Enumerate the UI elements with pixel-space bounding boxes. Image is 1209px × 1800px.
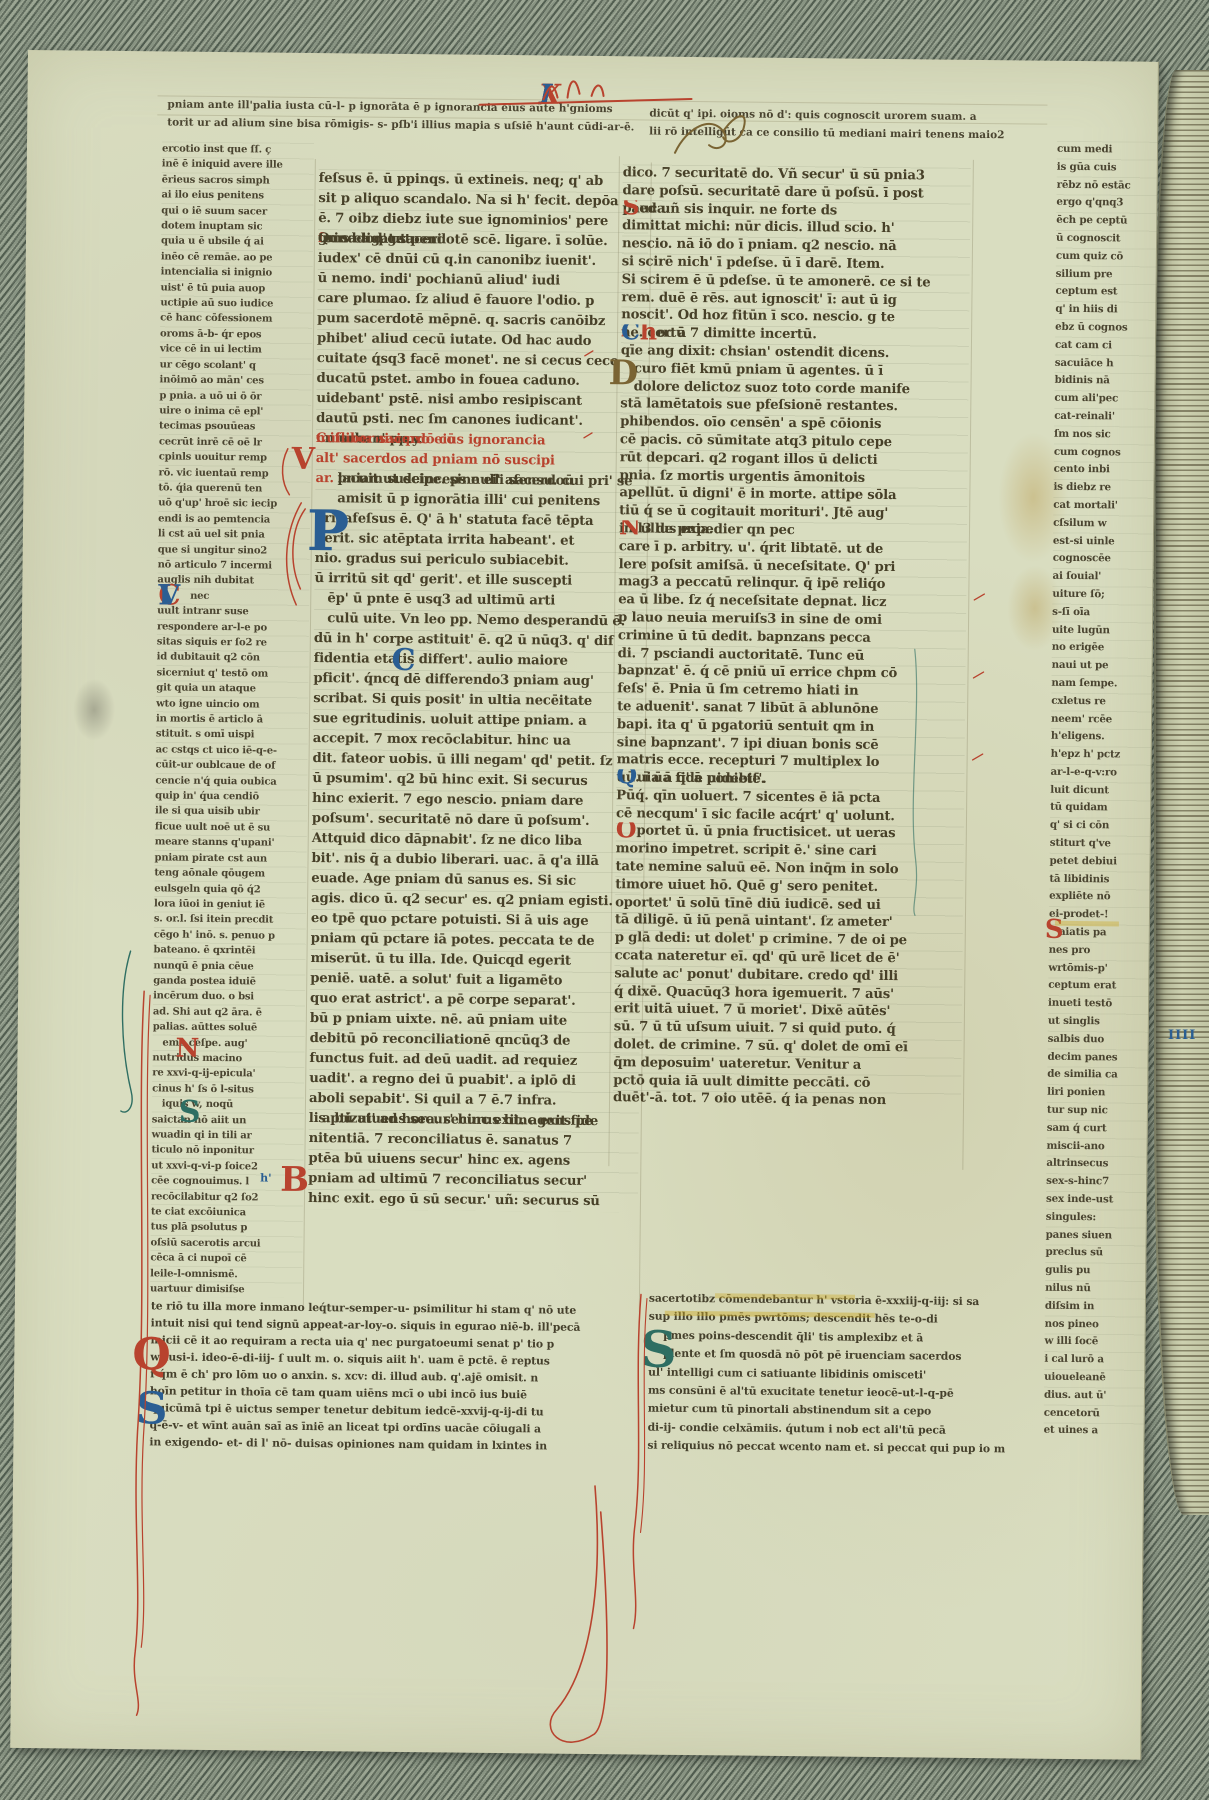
text-line: tus plā psolutus p [151, 1220, 303, 1237]
text-line: silium pre [1056, 265, 1168, 284]
text-line: uire o inima cē epl' [159, 403, 311, 420]
text-line: eulsgeln quia qō q́2 [154, 881, 306, 898]
margin-note-blue: h' [260, 1172, 271, 1183]
text-line: oroms ā-b- q́r epos [160, 326, 312, 343]
text-line: ei-prodet-! [1049, 906, 1161, 925]
text-line: de similia ca [1047, 1066, 1159, 1085]
text-line: nes pro [1049, 942, 1161, 961]
initial-c-blue: C [391, 646, 415, 676]
text-line: hinc exit. ego ū sū secur.' uñ: securus … [308, 1189, 638, 1212]
text-line: ergo q'qnq3 [1056, 194, 1168, 213]
manuscript-page: XXIII pniam ante ill'palia iusta cū-l- p… [10, 50, 1159, 1760]
text-line: cum medi [1057, 141, 1169, 160]
text-line: cencetorū [1044, 1404, 1156, 1423]
text-line: nam ſempe. [1051, 675, 1163, 694]
left-gloss-column: ercotio inst que ſſ. çinē ē iniquid aver… [150, 141, 314, 1298]
text-line: sicerniut q' testō om [156, 665, 308, 682]
text-line: ſm nos sic [1054, 426, 1166, 445]
text-line: cpinls uouitur remp [159, 450, 311, 467]
text-line: tō. q́ia querenū ten [158, 480, 310, 497]
text-line: wrtōmis-p' [1048, 959, 1160, 978]
right-gloss-column: cum mediis gūa cuisrēbz nō estācergo q'q… [1044, 141, 1170, 1441]
text-line: h'eligens. [1051, 728, 1163, 747]
stain-left-edge [73, 679, 116, 741]
text-line: teng aōnale qōugem [154, 865, 306, 882]
text-line: uctipie aū suo iudice [160, 295, 312, 312]
text-line: decim panes [1047, 1048, 1159, 1067]
text-line: rō. vic iuentaū remp [159, 465, 311, 482]
text-line: uartuur dimisiſse [150, 1281, 302, 1298]
text-line: nilus nū [1045, 1280, 1157, 1299]
text-line: cencie n'q́ quia oubica [155, 773, 307, 790]
text-line: cſsilum w [1053, 514, 1165, 533]
text-line: duēt'-ā. tot. 7 oio utēē. q́ ia penas no… [613, 1090, 961, 1111]
text-line: git quia un ataque [156, 681, 308, 698]
text-line: dius. aut ū' [1044, 1386, 1156, 1405]
initial-p-blue: P [307, 503, 350, 559]
text-line: li cst aū uel sit pnia [158, 527, 310, 544]
text-line: petet debiui [1049, 853, 1161, 872]
text-line: is gūa cuis [1057, 159, 1169, 178]
text-line: rēbz nō estāc [1057, 176, 1169, 195]
text-line: id dubitauit q2 cōn [157, 650, 309, 667]
text-line: incērum duo. o bsi [153, 989, 305, 1006]
text-line: leile-l-omnismē. [150, 1266, 302, 1283]
text-line: uū. ī ūa fide uidebit'. Quia ā q' ā poni… [616, 769, 964, 790]
text-line: ticulo nō inponitur [151, 1143, 303, 1160]
text-line: ganda postea iduiē [153, 973, 305, 990]
text-line: quia u ē ubsile q́ ai [161, 234, 313, 251]
text-line: dotem inuptam sic [161, 218, 313, 235]
text-line: ai ſouial' [1052, 568, 1164, 587]
text-line: h'epz h' pctz [1051, 746, 1163, 765]
text-line: wto igne uincio om [156, 696, 308, 713]
text-line: si reliquius nō peccat wcento nam et. si… [647, 1437, 1057, 1460]
text-line: tū quidam [1050, 799, 1162, 818]
text-line: inē ē iniquid avere ille [162, 157, 314, 174]
text-line: cum quiz cō [1056, 248, 1168, 267]
text-line: iquis w, noqū [152, 1097, 304, 1114]
gloss-initial-n-red: N [175, 1036, 199, 1062]
text-line: liri ponien [1047, 1084, 1159, 1103]
header-line-2-right: lii rō intelligūt ca ce consilio tū medi… [649, 126, 1004, 142]
text-line: Oportet ū. ū pnia fructisicet. ut ueras [616, 823, 964, 844]
text-line: in l3 de pnia. Nullus expedier qn pec [619, 520, 967, 541]
text-line: ēch pe ceptū [1056, 212, 1168, 231]
text-line: ile si qua uisib ubir [155, 804, 307, 821]
text-line: endi is ao pemtencia [158, 511, 310, 528]
text-line: pauca. Sed uñ sis inquir. ne forte ds [622, 200, 970, 221]
bottom-initial-s-blue: S [136, 1387, 168, 1431]
text-line: ur cēgo scolant' q [160, 357, 312, 374]
text-line: q' si ci cōn [1050, 817, 1162, 836]
text-line: cecrūt inrē cē oē lr [159, 434, 311, 451]
text-line: stituit. s omī uispi [156, 727, 308, 744]
text-line: i cal lurō a [1044, 1351, 1156, 1370]
text-line: intencialia si inignio [161, 265, 313, 282]
text-line: q' in hiis di [1055, 301, 1167, 320]
text-line: ac cstqs ct uico iē-q-e- [156, 742, 308, 759]
text-line: tur sup nic [1047, 1102, 1159, 1121]
text-line: nos pineo [1045, 1315, 1157, 1334]
text-line: que si ungitur sino2 [158, 542, 310, 559]
text-line: sex inde-ust [1046, 1191, 1158, 1210]
text-line: uō q'up' hroē sic iecip [158, 496, 310, 513]
text-line: uiture ſō; [1052, 586, 1164, 605]
text-line: is diebz re [1053, 479, 1165, 498]
text-line: w illi ſocē [1044, 1333, 1156, 1352]
text-line: ērieus sacros simph [162, 172, 314, 189]
text-line: re xxvi-q-ij-epicula' [152, 1066, 304, 1083]
text-line: ū cognoscit [1056, 230, 1168, 249]
text-line: bateano. ē qxrintēi [153, 942, 305, 959]
text-line: cē hanc cōfessionem [160, 311, 312, 328]
text-line: cat cam ci [1055, 337, 1167, 356]
text-line: salbis duo [1048, 1031, 1160, 1050]
text-line: tecimas psouūeas [159, 419, 311, 436]
text-line: in mortis ē articlo ā [156, 711, 308, 728]
text-line: ad. Shi aut q2 āra. ē [153, 1004, 305, 1021]
text-line: ne. certū 7 dimitte incertū. ſ Choc ā [621, 324, 969, 345]
text-line: stiturt q've [1050, 835, 1162, 854]
text-line: te ciat excōiunica [151, 1204, 303, 1221]
text-line: inōimō ao mān' ces [159, 372, 311, 389]
text-line: cento inbi [1054, 461, 1166, 480]
text-line: quip in' q́ua cendiō [155, 788, 307, 805]
text-line: saictan nō aiit un [152, 1112, 304, 1129]
text-line: no erigēe [1052, 639, 1164, 658]
text-line: tā libidinis [1049, 870, 1161, 889]
text-line: wuadin qi in tili ar [152, 1127, 304, 1144]
text-line: aiatis pa [1049, 924, 1161, 943]
text-line: sex-s-hinc7 [1046, 1173, 1158, 1192]
text-line: pniam pirate cst aun [154, 850, 306, 867]
initial-v-red: V [292, 445, 316, 475]
text-line: panes siuen [1046, 1226, 1158, 1245]
text-line: expliēte nō [1049, 888, 1161, 907]
left-margin-flourish-b [140, 995, 151, 1647]
text-line: singules: [1046, 1209, 1158, 1228]
text-line: qui o iē suum sacer [161, 203, 313, 220]
text-line: cxletus re [1051, 692, 1163, 711]
text-line: vice cē in ui lectim [160, 342, 312, 359]
text-line: ceptum est [1055, 283, 1167, 302]
text-line: ebz ū cognos [1055, 319, 1167, 338]
text-line: naui ut pe [1052, 657, 1164, 676]
adjacent-folio-numeral: IIII [1168, 1028, 1196, 1043]
text-line: cēgo h' inō. s. penuo p [154, 927, 306, 944]
text-line: est-si uinle [1053, 532, 1165, 551]
text-line: lora iūoi in geniut iē [154, 896, 306, 913]
text-line: gulis pu [1045, 1262, 1157, 1281]
bottom-commentary-right: sacertotibz cōmendebantur h' vstoria ē-x… [647, 1290, 1059, 1460]
text-line: sitas siquis er ſo2 re [157, 634, 309, 651]
text-line: cēca ā ci nupoī cē [150, 1251, 302, 1268]
text-line: uioueleanē [1044, 1369, 1156, 1388]
text-line: cognoscēe [1053, 550, 1165, 569]
text-line: bidinis nā [1054, 372, 1166, 391]
bottom-commentary-left: te riō tu illa more inmano leq́tur-sempe… [149, 1297, 649, 1455]
text-line: s-ſī oīa [1052, 603, 1164, 622]
text-line: altrinsecus [1046, 1155, 1158, 1174]
text-line: cum cognos [1054, 443, 1166, 462]
text-line: cum ali'pec [1054, 390, 1166, 409]
text-line: diſsim in [1045, 1298, 1157, 1317]
text-line: ercotio inst que ſſ. ç [162, 141, 314, 158]
text-line: neem' rcēe [1051, 710, 1163, 729]
text-line: et uines a [1044, 1422, 1156, 1441]
text-line: cat-reinali' [1054, 408, 1166, 427]
text-line: sacuiāce h [1055, 354, 1167, 373]
text-line: miscii-ano [1046, 1137, 1158, 1156]
initial-d-brown: D [608, 356, 638, 390]
text-line: nunqū ē pnia cēue [153, 958, 305, 975]
text-line: meare stanns q'upani' [155, 835, 307, 852]
text-line: cat mortali' [1053, 497, 1165, 516]
text-line: uist' ē tū puia auop [160, 280, 312, 297]
text-line: ai ilo eius penitens [161, 188, 313, 205]
text-line: ar-l-e-q-v:ro [1050, 764, 1162, 783]
text-line: ficue uult noē ut ē su [155, 819, 307, 836]
bottom-initial-q-red: Q [132, 1333, 171, 1377]
text-line: p pnia. a uō ui ō ōr [159, 388, 311, 405]
teal-curl-left [121, 951, 134, 1112]
text-line: inēo cē remāe. ao pe [161, 249, 313, 266]
text-line: luit dicunt [1050, 781, 1162, 800]
main-column-right: dico. 7 securitatē do. Vñ secur' ū sū pn… [613, 164, 971, 1111]
text-line: inueti testō [1048, 995, 1160, 1014]
text-line: cūit-ur oublcaue de of [155, 758, 307, 775]
gloss-initial-s-teal: S [179, 1098, 201, 1128]
photo-background: IIII XXIII pniam ante ill'palia iusta cū… [0, 0, 1209, 1800]
bottom-initial-s-teal: S [640, 1324, 677, 1374]
text-line: respondere ar-l-e po [157, 619, 309, 636]
text-line: uite lugūn [1052, 621, 1164, 640]
text-line: preclus sū [1045, 1244, 1157, 1263]
right-gloss-initial-s-red: S [1045, 917, 1064, 943]
initial-b-red: B [280, 1163, 309, 1197]
text-line: cinus h' ſs ō l-situs [152, 1081, 304, 1098]
text-line: sam q́ curt [1047, 1120, 1159, 1139]
text-line: oſsiū sacerotis arcui [150, 1235, 302, 1252]
text-line: ut singlis [1048, 1013, 1160, 1032]
main-column-left: feſsus ē. ū ppinqs. ū extineis. neq; q' … [308, 169, 649, 1212]
text-line: ceptum erat [1048, 977, 1160, 996]
descender-loop-flourish [550, 1486, 609, 1743]
text-line: nō articulo 7 incermi [158, 557, 310, 574]
text-line: s. or.l. ſsi itein precdit [154, 912, 306, 929]
